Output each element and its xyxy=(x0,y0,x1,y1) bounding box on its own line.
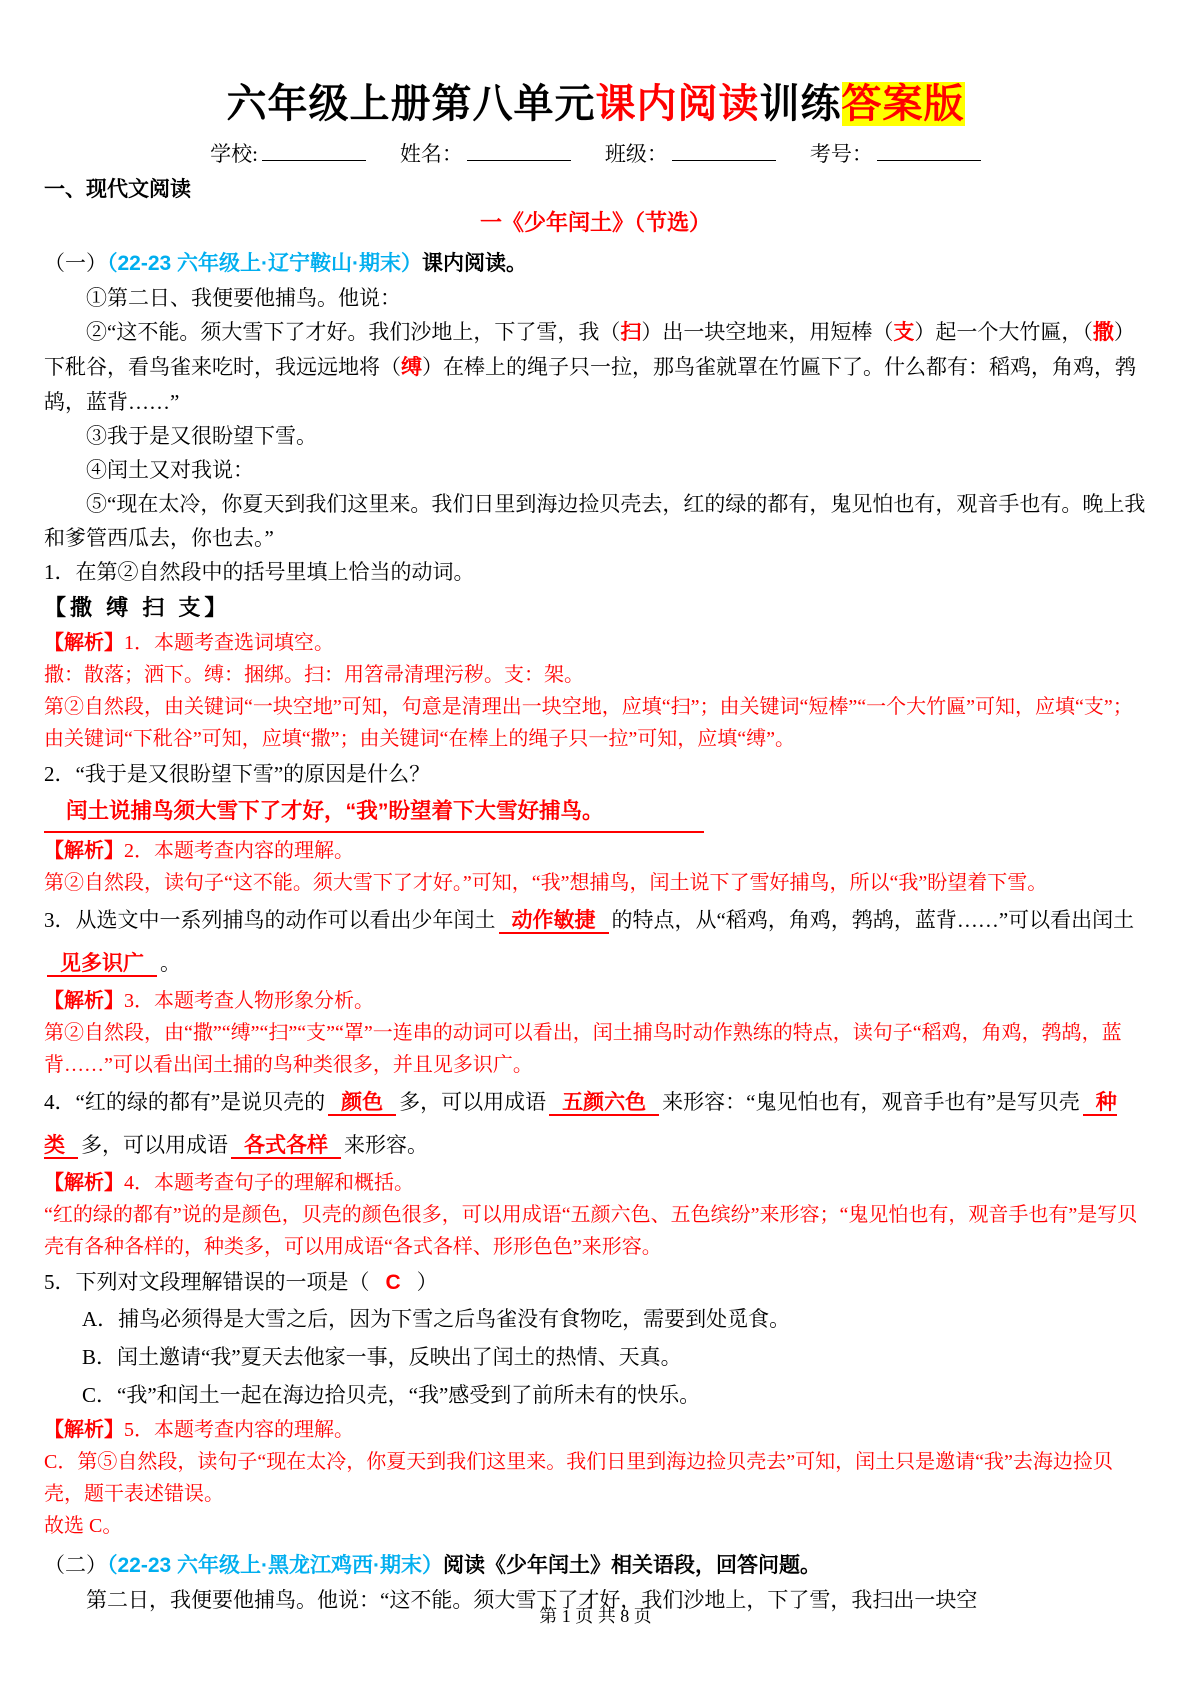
question-3: 3．从选文中一系列捕鸟的动作可以看出少年闰土动作敏捷的特点，从“稻鸡，角鸡，鹁鸪… xyxy=(44,899,1147,985)
q4-text: 多，可以用成语 xyxy=(81,1133,228,1157)
analysis-2-line: 第②自然段，读句子“这不能。须大雪下了才好。”可知，“我”想捕鸟，闰土说下了雪好… xyxy=(44,867,1147,899)
q5-answer-letter: C xyxy=(370,1271,417,1294)
q4-text: 4．“红的绿的都有”是说贝壳的 xyxy=(44,1090,325,1114)
q4-text: 多，可以用成语 xyxy=(399,1090,546,1114)
question-5: 5．下列对文段理解错误的一项是（C） xyxy=(44,1265,1147,1300)
q4-text: 来形容：“鬼见怕也有，观音手也有”是写贝壳 xyxy=(662,1090,1080,1114)
analysis-label: 【解析】 xyxy=(44,840,124,862)
analysis-head-text: 1．本题考查选词填空。 xyxy=(124,632,334,654)
passage-part1: ①第二日、我便要他捕鸟。他说： ②“这不能。须大雪下了才好。我们沙地上，下了雪，… xyxy=(44,281,1147,555)
part2-intro: 阅读《少年闰土》相关语段，回答问题。 xyxy=(443,1554,821,1577)
worksheet-page: 六年级上册第八单元课内阅读训练答案版 学校: 姓名： 班级： 考号： 一、现代文… xyxy=(0,0,1191,1684)
p2-answer-fu: 缚 xyxy=(401,356,422,379)
name-blank xyxy=(467,140,571,161)
q5-text: ） xyxy=(417,1270,438,1294)
analysis-5-head: 【解析】5．本题考查内容的理解。 xyxy=(44,1414,1147,1446)
q5-text: 5．下列对文段理解错误的一项是（ xyxy=(44,1270,370,1294)
part1-intro: 课内阅读。 xyxy=(422,252,527,275)
analysis-3-line: 第②自然段，由“撒”“缚”“扫”“支”“罩”一连串的动词可以看出，闰土捕鸟时动作… xyxy=(44,1017,1147,1081)
exam-no-blank xyxy=(877,140,981,161)
p2-answer-zhi: 支 xyxy=(893,321,914,344)
school-label: 学校: xyxy=(210,142,258,166)
q5-option-a: A．捕鸟必须得是大雪之后，因为下雪之后鸟雀没有食物吃，需要到处觅食。 xyxy=(44,1300,1147,1338)
analysis-4-line: “红的绿的都有”说的是颜色，贝壳的颜色很多，可以用成语“五颜六色、五色缤纷”来形… xyxy=(44,1199,1147,1263)
analysis-1-line: 第②自然段，由关键词“一块空地”可知，句意是清理出一块空地，应填“扫”；由关键词… xyxy=(44,691,1147,755)
analysis-label: 【解析】 xyxy=(44,1419,124,1441)
passage-paragraph-4: ④闰土又对我说： xyxy=(44,453,1147,487)
part2-label: （二） xyxy=(44,1553,107,1577)
part2-source: （22-23 六年级上·黑龙江鸡西·期末） xyxy=(107,1554,443,1577)
q4-answer-4: 各式各样 xyxy=(231,1134,341,1159)
analysis-head-text: 4．本题考查句子的理解和概括。 xyxy=(124,1172,414,1194)
reading-title: 一《少年闰土》（节选） xyxy=(44,208,1147,238)
page-title: 六年级上册第八单元课内阅读训练答案版 xyxy=(44,80,1147,128)
name-label: 姓名： xyxy=(400,142,463,166)
p2-text: ）起一个大竹匾，（ xyxy=(914,320,1093,344)
class-blank xyxy=(672,140,776,161)
analysis-1-head: 【解析】1．本题考查选词填空。 xyxy=(44,627,1147,659)
question-2: 2．“我于是又很盼望下雪”的原因是什么？ xyxy=(44,757,1147,791)
q5-option-c: C．“我”和闰土一起在海边拾贝壳，“我”感受到了前所未有的快乐。 xyxy=(44,1376,1147,1414)
question-1-answer: 【撒 缚 扫 支】 xyxy=(44,589,1147,627)
analysis-label: 【解析】 xyxy=(44,990,124,1012)
analysis-1-line: 撒：散落；洒下。缚：捆绑。扫：用笤帚清理污秽。支：架。 xyxy=(44,659,1147,691)
section-heading: 一、现代文阅读 xyxy=(44,176,1147,204)
title-unit-text: 六年级上册第八单元 xyxy=(227,82,596,126)
analysis-5-conclusion: 故选 C。 xyxy=(44,1510,1147,1542)
q4-answer-2: 五颜六色 xyxy=(549,1091,659,1116)
part1-label: （一） xyxy=(44,251,107,275)
name-field: 姓名： xyxy=(400,140,571,168)
q5-option-b: B．闰土邀请“我”夏天去他家一事，反映出了闰土的热情、天真。 xyxy=(44,1338,1147,1376)
page-number-footer: 第 1 页 共 8 页 xyxy=(0,1602,1191,1628)
analysis-3-head: 【解析】3．本题考查人物形象分析。 xyxy=(44,985,1147,1017)
title-answer-badge: 答案版 xyxy=(842,82,965,126)
exam-no-label: 考号： xyxy=(810,142,873,166)
q3-answer-1: 动作敏捷 xyxy=(499,909,609,934)
analysis-head-text: 3．本题考查人物形象分析。 xyxy=(124,990,374,1012)
p2-answer-sao: 扫 xyxy=(620,321,641,344)
q3-text: 的特点，从“稻鸡，角鸡，鹁鸪，蓝背……”可以看出闰土 xyxy=(612,908,1135,932)
analysis-5-line: C．第⑤自然段，读句子“现在太冷，你夏天到我们这里来。我们日里到海边捡贝壳去”可… xyxy=(44,1446,1147,1510)
analysis-label: 【解析】 xyxy=(44,1172,124,1194)
passage-paragraph-1: ①第二日、我便要他捕鸟。他说： xyxy=(44,281,1147,315)
passage-paragraph-2: ②“这不能。须大雪下了才好。我们沙地上，下了雪，我（扫）出一块空地来，用短棒（支… xyxy=(44,315,1147,419)
class-label: 班级： xyxy=(605,142,668,166)
p2-answer-sa: 撒 xyxy=(1093,321,1114,344)
q3-text: 3．从选文中一系列捕鸟的动作可以看出少年闰土 xyxy=(44,908,496,932)
title-reading-text: 课内阅读 xyxy=(596,82,760,126)
part1-source: （22-23 六年级上·辽宁鞍山·期末） xyxy=(107,252,422,275)
analysis-4-head: 【解析】4．本题考查句子的理解和概括。 xyxy=(44,1167,1147,1199)
analysis-head-text: 2．本题考查内容的理解。 xyxy=(124,840,354,862)
passage-paragraph-3: ③我于是又很盼望下雪。 xyxy=(44,419,1147,453)
question-1: 1．在第②自然段中的括号里填上恰当的动词。 xyxy=(44,555,1147,589)
q4-answer-1: 颜色 xyxy=(328,1091,396,1116)
q4-text: 来形容。 xyxy=(344,1133,428,1157)
school-field: 学校: xyxy=(210,140,366,168)
part2-header: （二）（22-23 六年级上·黑龙江鸡西·期末）阅读《少年闰土》相关语段，回答问… xyxy=(44,1548,1147,1583)
p2-text: ）出一块空地来，用短棒（ xyxy=(641,320,893,344)
part1-header: （一）（22-23 六年级上·辽宁鞍山·期末）课内阅读。 xyxy=(44,246,1147,281)
analysis-2-head: 【解析】2．本题考查内容的理解。 xyxy=(44,835,1147,867)
p2-text: ②“这不能。须大雪下了才好。我们沙地上，下了雪，我（ xyxy=(86,320,620,344)
question-2-answer: 闰土说捕鸟须大雪下了才好，“我”盼望着下大雪好捕鸟。 xyxy=(44,795,704,833)
analysis-head-text: 5．本题考查内容的理解。 xyxy=(124,1419,354,1441)
passage-paragraph-5: ⑤“现在太冷，你夏天到我们这里来。我们日里到海边捡贝壳去，红的绿的都有，鬼见怕也… xyxy=(44,487,1147,555)
question-4: 4．“红的绿的都有”是说贝壳的颜色多，可以用成语五颜六色来形容：“鬼见怕也有，观… xyxy=(44,1081,1147,1167)
title-training-text: 训练 xyxy=(760,82,842,126)
q3-answer-2: 见多识广 xyxy=(47,952,157,977)
exam-no-field: 考号： xyxy=(810,140,981,168)
class-field: 班级： xyxy=(605,140,776,168)
q3-text: 。 xyxy=(160,951,181,975)
school-blank xyxy=(262,140,366,161)
student-info-row: 学校: 姓名： 班级： 考号： xyxy=(44,140,1147,168)
analysis-label: 【解析】 xyxy=(44,632,124,654)
